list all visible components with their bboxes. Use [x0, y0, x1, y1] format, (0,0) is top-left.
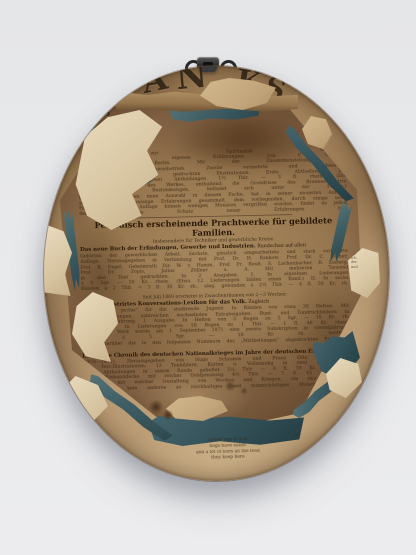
rim-letter: N — [175, 66, 209, 95]
rim-bottom-newsprint: corner and to it is hogs have eaten and … — [136, 435, 320, 463]
scratch-mark — [366, 165, 377, 172]
dark-stain — [240, 387, 248, 395]
dark-stain — [224, 381, 236, 391]
scrap-line: und — [351, 265, 358, 269]
photograph-of-oval-frame-back: C A N K S W ς er zur Spiritusfab Gegründ… — [0, 0, 416, 555]
oval-frame-back: C A N K S W ς er zur Spiritusfab Gegründ… — [44, 66, 389, 481]
rim-letter: W — [338, 99, 370, 132]
dark-stain — [162, 410, 174, 420]
rim-letter-flourish: ς — [99, 99, 111, 116]
